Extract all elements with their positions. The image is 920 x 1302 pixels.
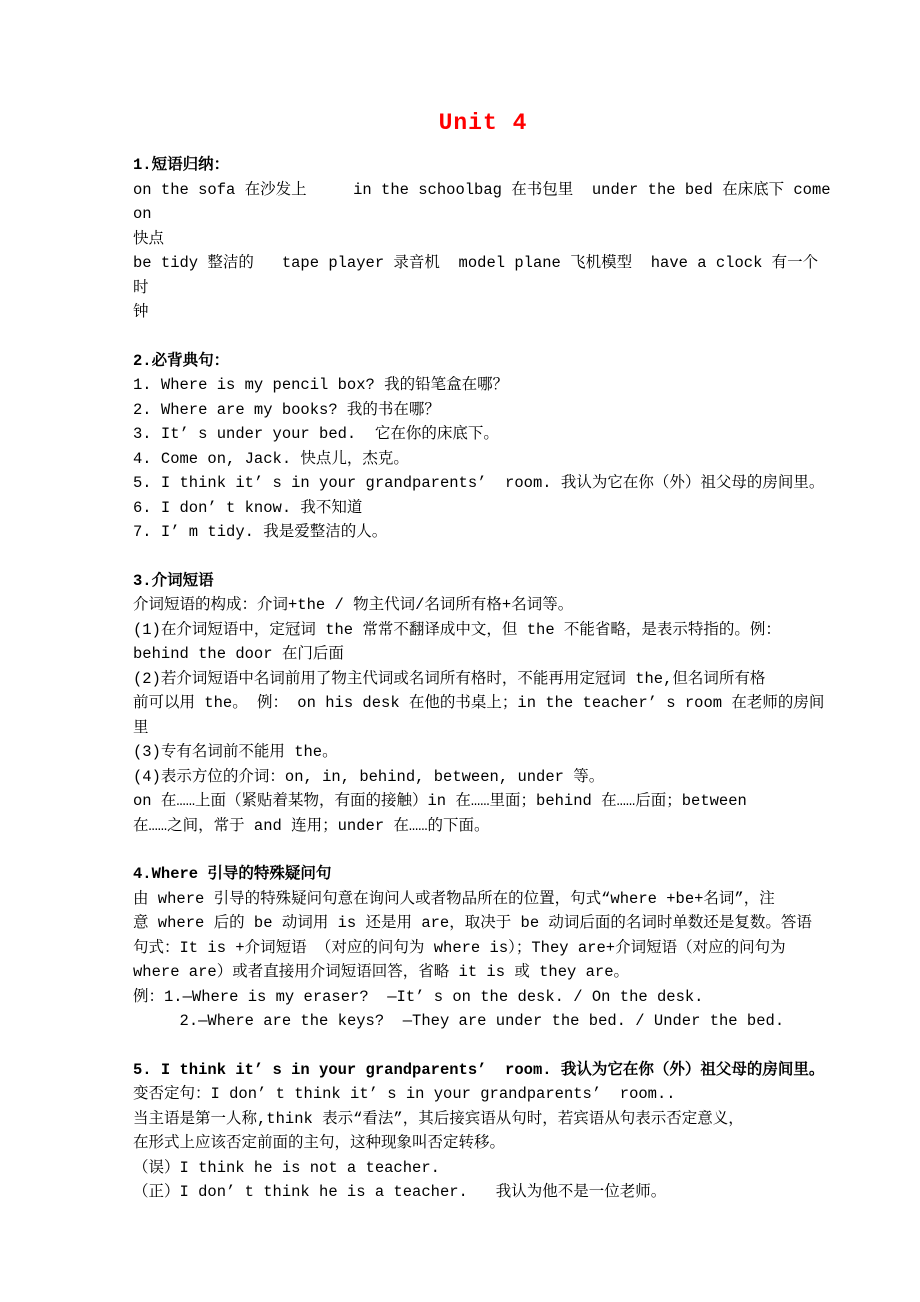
text-line: 在形式上应该否定前面的主句，这种现象叫否定转移。	[133, 1131, 833, 1156]
document-page: Unit 4 1.短语归纳： on the sofa 在沙发上 in the s…	[133, 108, 833, 1205]
text-line: 2.—Where are the keys? —They are under t…	[133, 1009, 833, 1034]
text-line: 由 where 引导的特殊疑问句意在询问人或者物品所在的位置，句式“where …	[133, 887, 833, 912]
text-line: 变否定句：I don’ t think it’ s in your grandp…	[133, 1082, 833, 1107]
section-key-sentences: 2.必背典句： 1. Where is my pencil box? 我的铅笔盒…	[133, 349, 833, 545]
text-line: (2)若介词短语中名词前用了物主代词或名词所有格时，不能再用定冠词 the,但名…	[133, 667, 833, 692]
text-line: 7. I’ m tidy. 我是爱整洁的人。	[133, 520, 833, 545]
section-prep-phrases-heading: 3.介词短语	[133, 569, 833, 594]
text-line: 快点	[133, 227, 833, 252]
text-line: 当主语是第一人称,think 表示“看法”，其后接宾语从句时，若宾语从句表示否定…	[133, 1107, 833, 1132]
text-line: (3)专有名词前不能用 the。	[133, 740, 833, 765]
text-line: 6. I don’ t know. 我不知道	[133, 496, 833, 521]
text-line: on the sofa 在沙发上 in the schoolbag 在书包里 u…	[133, 178, 833, 227]
section-phrases: 1.短语归纳： on the sofa 在沙发上 in the schoolba…	[133, 153, 833, 325]
text-line: (1)在介词短语中，定冠词 the 常常不翻译成中文，但 the 不能省略，是表…	[133, 618, 833, 643]
text-line: 前可以用 the。 例： on his desk 在他的书桌上；in the t…	[133, 691, 833, 740]
section-key-sentences-heading: 2.必背典句：	[133, 349, 833, 374]
text-line: on 在……上面（紧贴着某物，有面的接触）in 在……里面；behind 在………	[133, 789, 833, 814]
text-line: 3. It’ s under your bed. 它在你的床底下。	[133, 422, 833, 447]
text-line: behind the door 在门后面	[133, 642, 833, 667]
section-prep-phrases: 3.介词短语 介词短语的构成：介词+the / 物主代词/名词所有格+名词等。 …	[133, 569, 833, 839]
section-where-questions: 4.Where 引导的特殊疑问句 由 where 引导的特殊疑问句意在询问人或者…	[133, 862, 833, 1034]
text-line: 4. Come on, Jack. 快点儿，杰克。	[133, 447, 833, 472]
text-line: 1. Where is my pencil box? 我的铅笔盒在哪？	[133, 373, 833, 398]
section-where-questions-heading: 4.Where 引导的特殊疑问句	[133, 862, 833, 887]
section-negation-transfer-heading: 5. I think it’ s in your grandparents’ r…	[133, 1058, 833, 1083]
text-line: 在……之间，常于 and 连用；under 在……的下面。	[133, 814, 833, 839]
text-line: 5. I think it’ s in your grandparents’ r…	[133, 471, 833, 496]
text-line: where are）或者直接用介词短语回答，省略 it is 或 they ar…	[133, 960, 833, 985]
section-negation-transfer: 5. I think it’ s in your grandparents’ r…	[133, 1058, 833, 1205]
section-phrases-heading: 1.短语归纳：	[133, 153, 833, 178]
text-line: (4)表示方位的介词：on, in, behind, between, unde…	[133, 765, 833, 790]
text-line: 钟	[133, 300, 833, 325]
document-title: Unit 4	[133, 108, 833, 138]
text-line: 意 where 后的 be 动词用 is 还是用 are，取决于 be 动词后面…	[133, 911, 833, 936]
text-line: be tidy 整洁的 tape player 录音机 model plane …	[133, 251, 833, 300]
text-line: 2. Where are my books? 我的书在哪？	[133, 398, 833, 423]
text-line: （误）I think he is not a teacher.	[133, 1156, 833, 1181]
text-line: 句式：It is +介词短语 （对应的问句为 where is）；They ar…	[133, 936, 833, 961]
text-line: （正）I don’ t think he is a teacher. 我认为他不…	[133, 1180, 833, 1205]
text-line: 介词短语的构成：介词+the / 物主代词/名词所有格+名词等。	[133, 593, 833, 618]
text-line: 例：1.—Where is my eraser? —It’ s on the d…	[133, 985, 833, 1010]
